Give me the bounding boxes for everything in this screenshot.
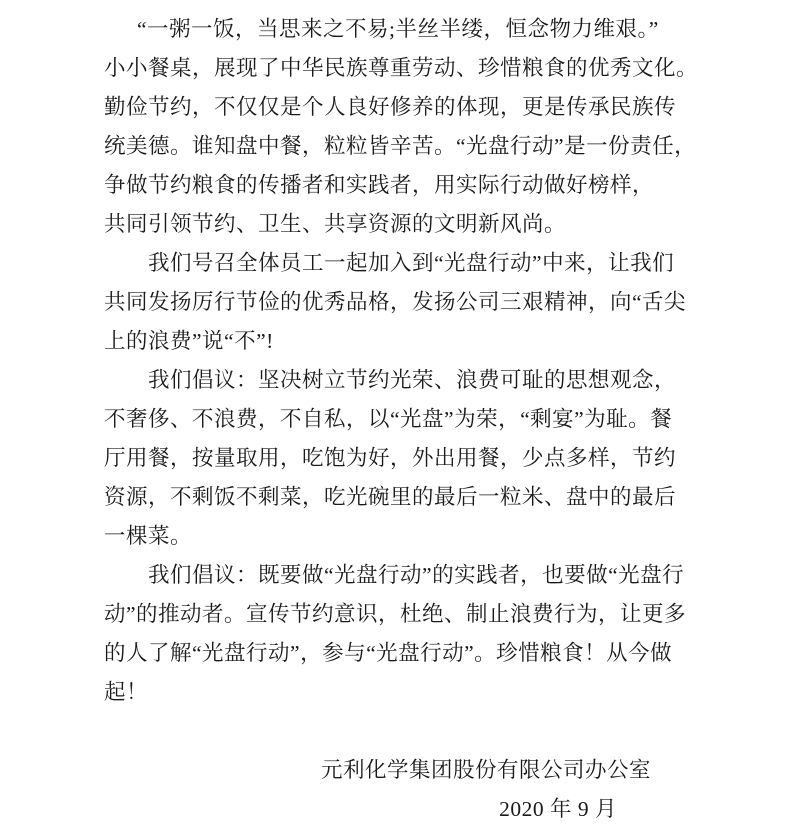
document-page: “一粥一饭，当思来之不易;半丝半缕，恒念物力维艰。” 小小餐桌，展现了中华民族尊… [0,0,793,838]
document-body: “一粥一饭，当思来之不易;半丝半缕，恒念物力维艰。” 小小餐桌，展现了中华民族尊… [104,10,694,829]
text-line: 我们号召全体员工一起加入到“光盘行动”中来，让我们 [104,244,694,283]
text-line: 小小餐桌，展现了中华民族尊重劳动、珍惜粮食的优秀文化。 [104,49,694,88]
text-line: 共同引领节约、卫生、共享资源的文明新风尚。 [104,205,694,244]
paragraph-4: 我们倡议：既要做“光盘行动”的实践者，也要做“光盘行 动”的推动者。宣传节约意识… [104,556,694,712]
text-line: 勤俭节约，不仅仅是个人良好修养的体现，更是传承民族传 [104,88,694,127]
text-line: 共同发扬厉行节俭的优秀品格，发扬公司三艰精神，向“舌尖 [104,283,694,322]
paragraph-2: 我们号召全体员工一起加入到“光盘行动”中来，让我们 共同发扬厉行节俭的优秀品格，… [104,244,694,361]
text-line: 上的浪费”说“不”! [104,322,694,361]
date: 2020 年 9 月 [104,790,694,829]
text-line: 不奢侈、不浪费，不自私，以“光盘”为荣，“剩宴”为耻。餐 [104,400,694,439]
text-line: “一粥一饭，当思来之不易;半丝半缕，恒念物力维艰。” [104,10,694,49]
text-line: 我们倡议：既要做“光盘行动”的实践者，也要做“光盘行 [104,556,694,595]
text-line: 起！ [104,673,694,712]
signature: 元利化学集团股份有限公司办公室 [104,751,694,790]
text-line: 厅用餐，按量取用，吃饱为好，外出用餐，少点多样，节约 [104,439,694,478]
text-line: 动”的推动者。宣传节约意识，杜绝、制止浪费行为，让更多 [104,595,694,634]
paragraph-3: 我们倡议：坚决树立节约光荣、浪费可耻的思想观念， 不奢侈、不浪费，不自私，以“光… [104,361,694,556]
text-line: 资源，不剩饭不剩菜，吃光碗里的最后一粒米、盘中的最后 [104,478,694,517]
blank-line [104,712,694,751]
text-line: 我们倡议：坚决树立节约光荣、浪费可耻的思想观念， [104,361,694,400]
text-line: 争做节约粮食的传播者和实践者，用实际行动做好榜样， [104,166,694,205]
text-line: 的人了解“光盘行动”，参与“光盘行动”。珍惜粮食！从今做 [104,634,694,673]
text-line: 统美德。谁知盘中餐，粒粒皆辛苦。“光盘行动”是一份责任， [104,127,694,166]
text-line: 一棵菜。 [104,517,694,556]
paragraph-1: “一粥一饭，当思来之不易;半丝半缕，恒念物力维艰。” 小小餐桌，展现了中华民族尊… [104,10,694,244]
